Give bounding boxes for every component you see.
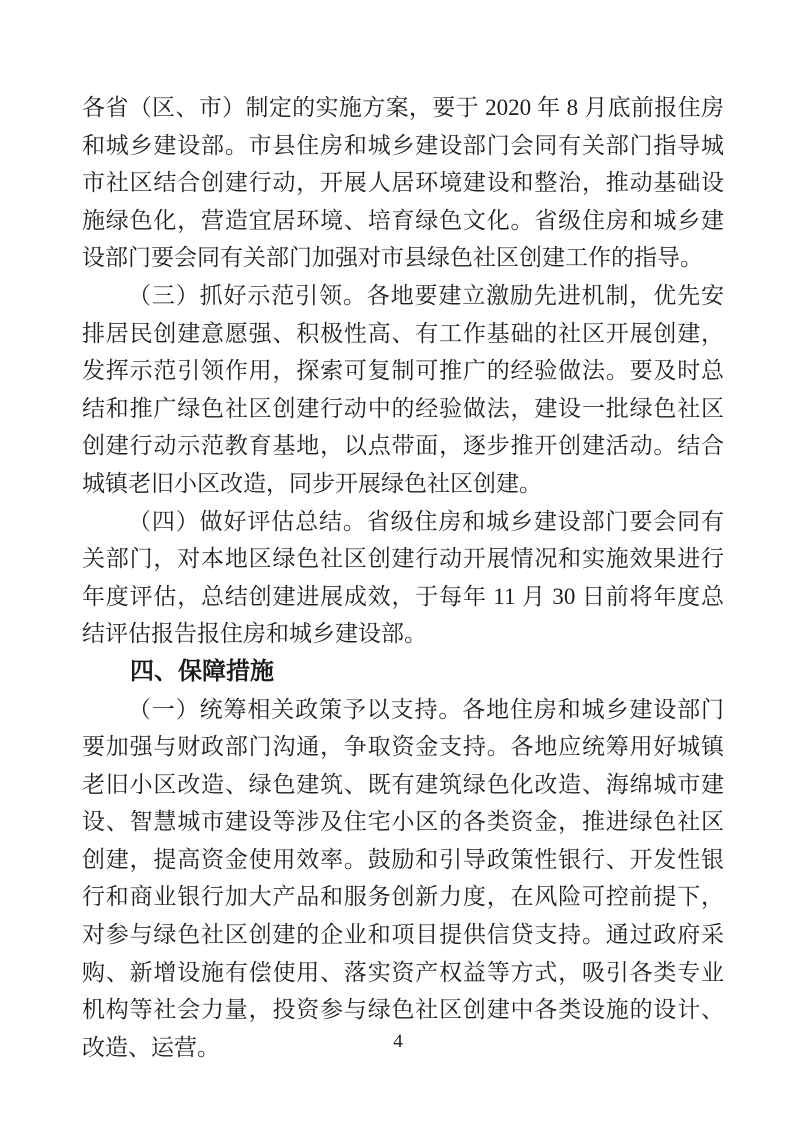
paragraph-continuation: 各省（区、市）制定的实施方案，要于 2020 年 8 月底前报住房和城乡建设部。… — [82, 89, 724, 277]
document-page: 各省（区、市）制定的实施方案，要于 2020 年 8 月底前报住房和城乡建设部。… — [0, 0, 796, 1122]
paragraph-item-three: （三）抓好示范引领。各地要建立激励先进机制，优先安排居民创建意愿强、积极性高、有… — [82, 277, 724, 503]
paragraph-item-four: （四）做好评估总结。省级住房和城乡建设部门要会同有关部门，对本地区绿色社区创建行… — [82, 503, 724, 653]
page-number: 4 — [0, 1030, 796, 1054]
section-heading-safeguard-measures: 四、保障措施 — [82, 653, 724, 691]
document-body: 各省（区、市）制定的实施方案，要于 2020 年 8 月底前报住房和城乡建设部。… — [82, 89, 724, 1066]
paragraph-item-one: （一）统筹相关政策予以支持。各地住房和城乡建设部门要加强与财政部门沟通，争取资金… — [82, 691, 724, 1067]
